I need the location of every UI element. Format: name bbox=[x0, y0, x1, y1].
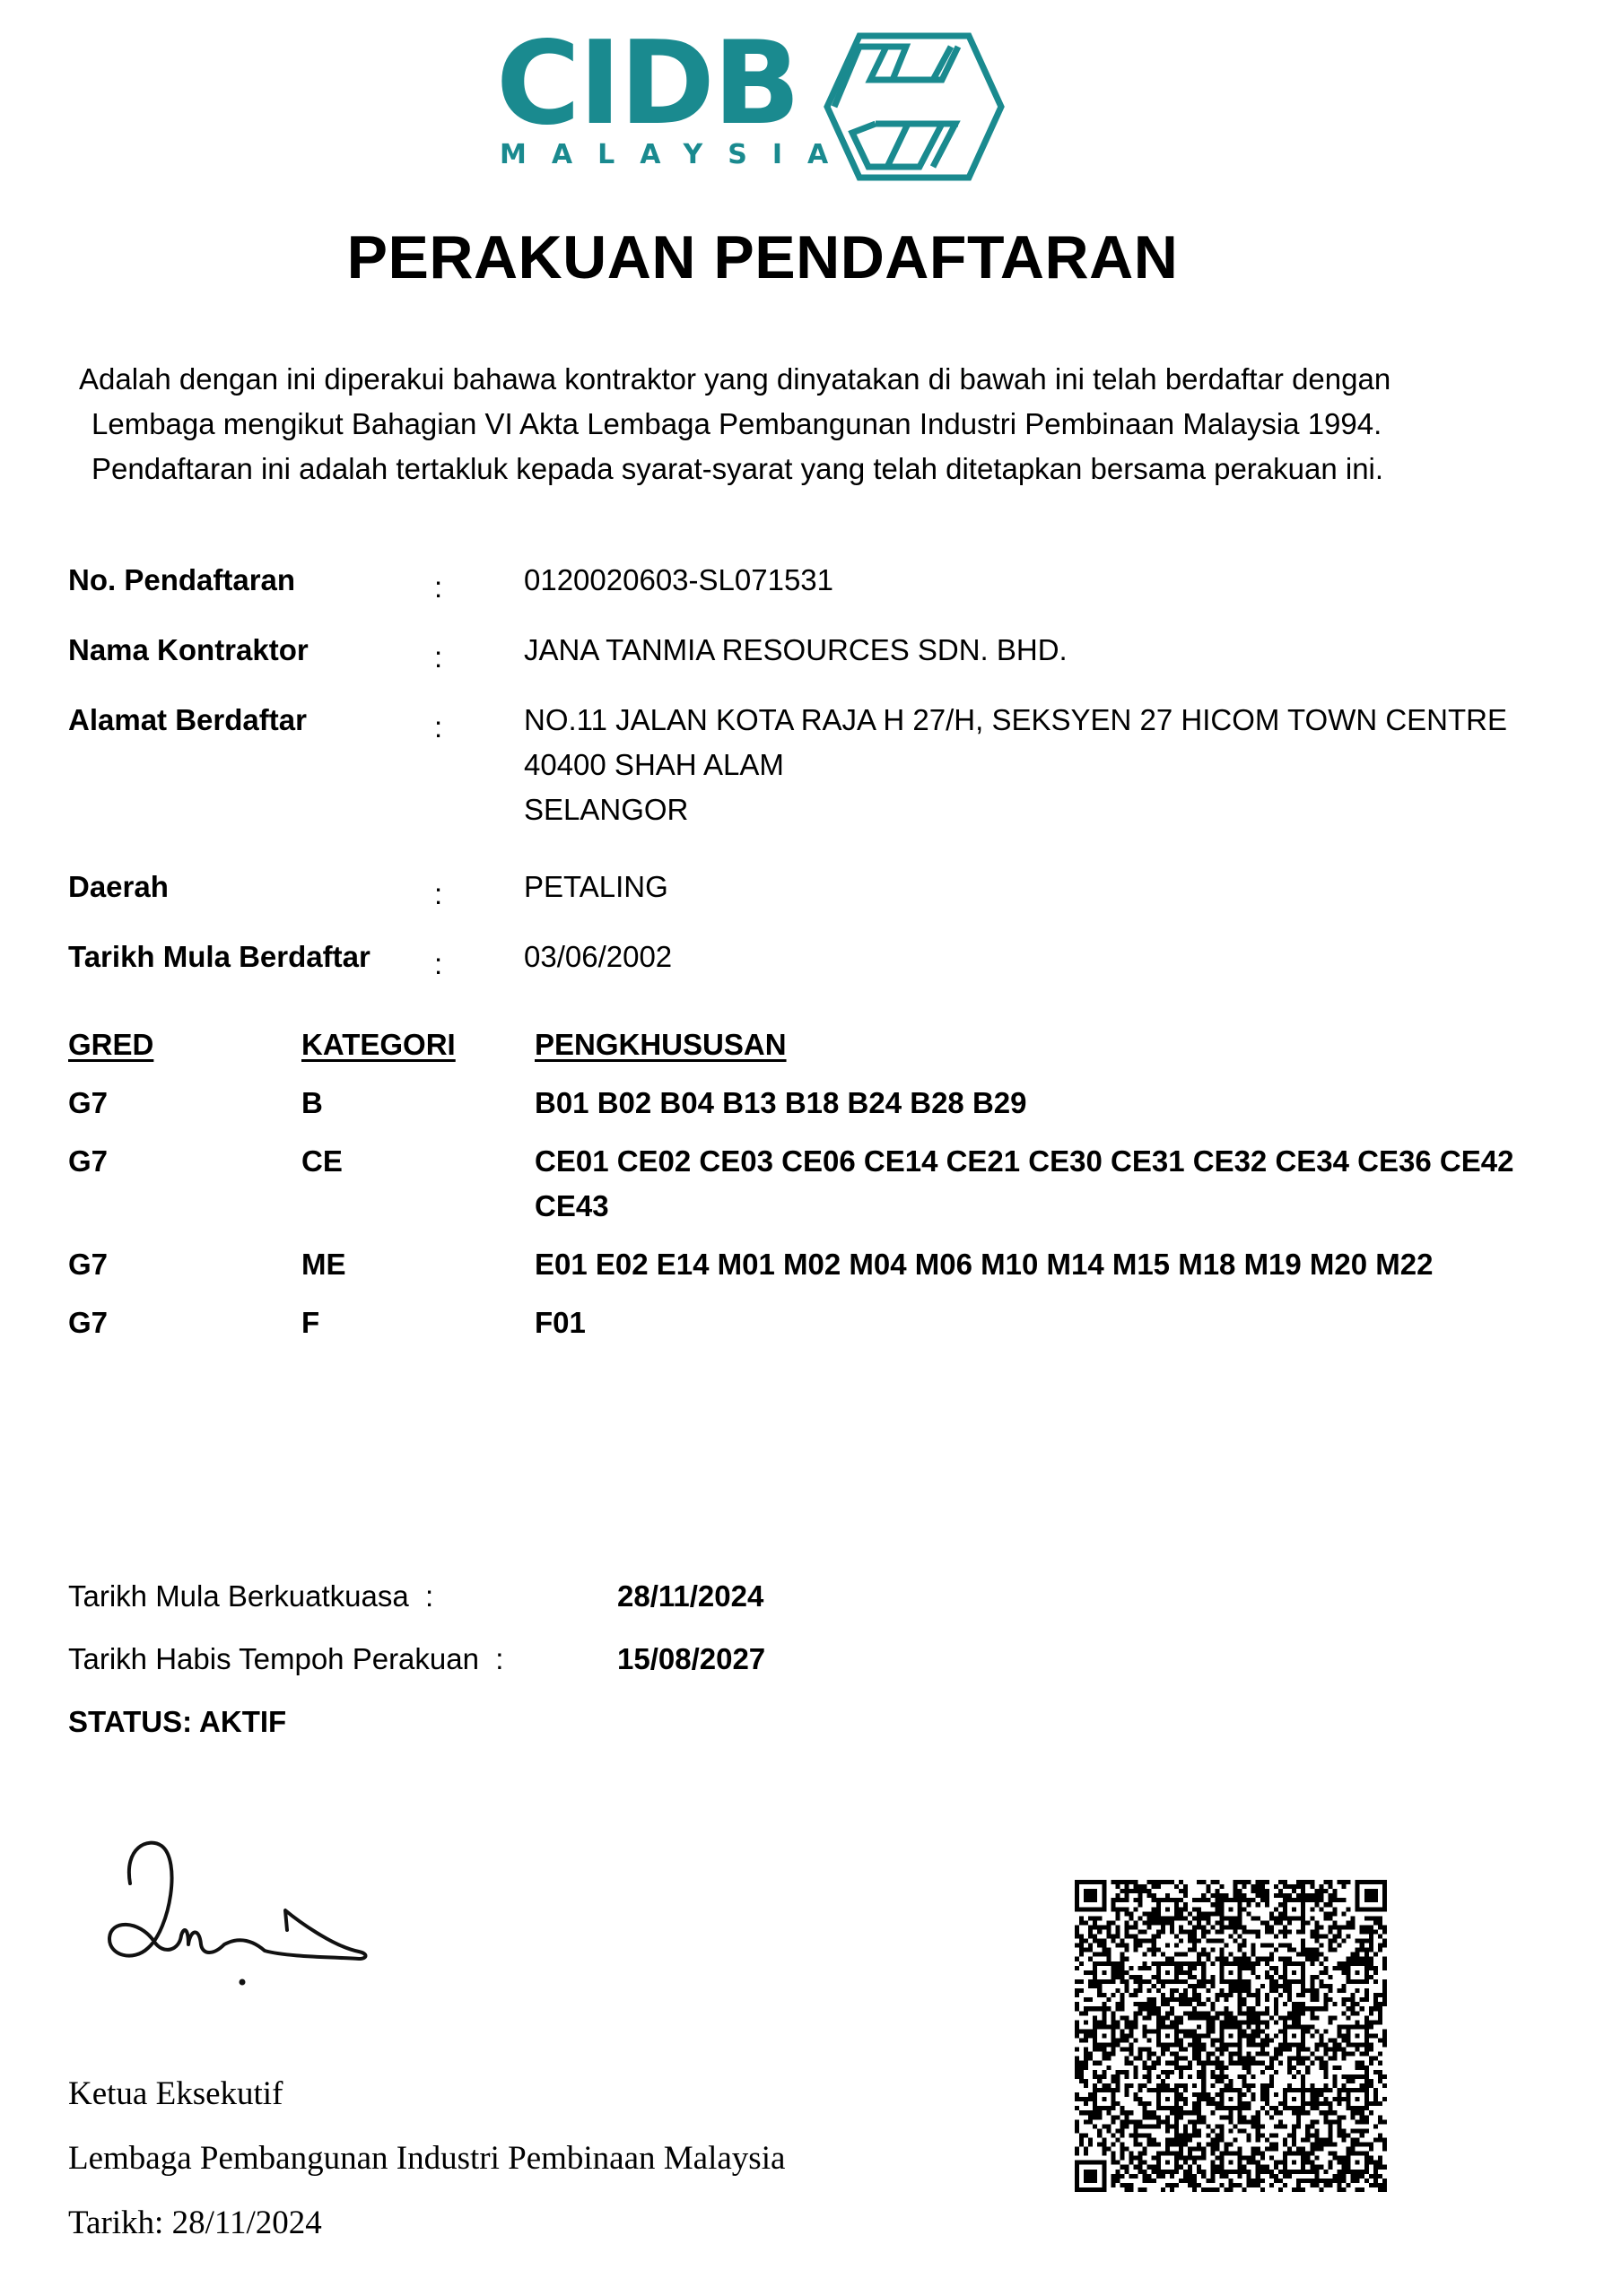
detail-row-district: Daerah : PETALING bbox=[68, 865, 1575, 917]
logo-subtitle: MALAYSIA bbox=[500, 142, 853, 169]
intro-line: Lembaga mengikut Bahagian VI Akta Lembag… bbox=[79, 402, 1514, 447]
grade-cell: G7 bbox=[68, 1081, 301, 1126]
intro-line: Pendaftaran ini adalah tertakluk kepada … bbox=[79, 447, 1514, 491]
expiry-date: 15/08/2027 bbox=[617, 1637, 765, 1700]
intro-paragraph: Adalah dengan ini diperakui bahawa kontr… bbox=[79, 357, 1514, 491]
signatory-position: Ketua Eksekutif bbox=[68, 2072, 785, 2136]
header-specialization: PENGKHUSUSAN bbox=[535, 1028, 787, 1061]
category-cell: F bbox=[301, 1300, 535, 1345]
grades-header-row: GRED KATEGORI PENGKHUSUSAN bbox=[68, 1022, 1575, 1067]
grade-cell: G7 bbox=[68, 1242, 301, 1287]
detail-label: Daerah bbox=[68, 865, 434, 917]
signature-icon bbox=[99, 1830, 386, 1991]
table-row: G7 ME E01 E02 E14 M01 M02 M04 M06 M10 M1… bbox=[68, 1242, 1575, 1287]
expiry-date-row: Tarikh Habis Tempoh Perakuan : 15/08/202… bbox=[68, 1637, 765, 1700]
effective-date-label: Tarikh Mula Berkuatkuasa : bbox=[68, 1574, 617, 1637]
detail-label: No. Pendaftaran bbox=[68, 558, 434, 610]
specialization-cell: B01 B02 B04 B13 B18 B24 B28 B29 bbox=[535, 1081, 1575, 1126]
detail-label: Nama Kontraktor bbox=[68, 628, 434, 680]
detail-separator: : bbox=[434, 935, 524, 987]
grade-cell: G7 bbox=[68, 1139, 301, 1229]
category-cell: B bbox=[301, 1081, 535, 1126]
detail-label: Tarikh Mula Berdaftar bbox=[68, 935, 434, 987]
address-line: NO.11 JALAN KOTA RAJA H 27/H, SEKSYEN 27… bbox=[524, 698, 1575, 743]
category-cell: ME bbox=[301, 1242, 535, 1287]
specialization-cell: F01 bbox=[535, 1300, 1575, 1345]
registered-address: NO.11 JALAN KOTA RAJA H 27/H, SEKSYEN 27… bbox=[524, 698, 1575, 832]
table-row: G7 CE CE01 CE02 CE03 CE06 CE14 CE21 CE30… bbox=[68, 1139, 1575, 1229]
intro-line: Adalah dengan ini diperakui bahawa kontr… bbox=[79, 357, 1514, 402]
address-line: 40400 SHAH ALAM bbox=[524, 743, 1575, 787]
grades-table: GRED KATEGORI PENGKHUSUSAN G7 B B01 B02 … bbox=[68, 1022, 1575, 1345]
detail-separator: : bbox=[434, 865, 524, 917]
detail-row-address: Alamat Berdaftar : NO.11 JALAN KOTA RAJA… bbox=[68, 698, 1575, 832]
specialization-line: CE43 bbox=[535, 1184, 1575, 1229]
specialization-cell: E01 E02 E14 M01 M02 M04 M06 M10 M14 M15 … bbox=[535, 1242, 1575, 1287]
qr-code-icon[interactable] bbox=[1075, 1880, 1387, 2192]
grade-cell: G7 bbox=[68, 1300, 301, 1345]
detail-label: Alamat Berdaftar bbox=[68, 698, 434, 832]
registration-number: 0120020603-SL071531 bbox=[524, 558, 1575, 610]
detail-separator: : bbox=[434, 698, 524, 832]
district: PETALING bbox=[524, 865, 1575, 917]
cidb-logo: CIDB MALAYSIA bbox=[489, 27, 1009, 184]
detail-separator: : bbox=[434, 628, 524, 680]
logo-wordmark: CIDB bbox=[496, 27, 798, 142]
detail-row-registration-date: Tarikh Mula Berdaftar : 03/06/2002 bbox=[68, 935, 1575, 987]
validity-section: Tarikh Mula Berkuatkuasa : 28/11/2024 Ta… bbox=[68, 1574, 765, 1744]
document-title: PERAKUAN PENDAFTARAN bbox=[0, 222, 1525, 292]
address-line: SELANGOR bbox=[524, 787, 1575, 832]
effective-date-row: Tarikh Mula Berkuatkuasa : 28/11/2024 bbox=[68, 1574, 765, 1637]
status-badge: STATUS: AKTIF bbox=[68, 1700, 765, 1744]
specialization-cell: CE01 CE02 CE03 CE06 CE14 CE21 CE30 CE31 … bbox=[535, 1139, 1575, 1229]
signature-date: Tarikh: 28/11/2024 bbox=[68, 2201, 785, 2266]
detail-separator: : bbox=[434, 558, 524, 610]
contractor-name: JANA TANMIA RESOURCES SDN. BHD. bbox=[524, 628, 1575, 680]
signatory-block: Ketua Eksekutif Lembaga Pembangunan Indu… bbox=[68, 2072, 785, 2266]
cidb-hexagon-icon bbox=[807, 30, 1005, 183]
category-cell: CE bbox=[301, 1139, 535, 1229]
detail-row-registration-no: No. Pendaftaran : 0120020603-SL071531 bbox=[68, 558, 1575, 610]
signatory-organization: Lembaga Pembangunan Industri Pembinaan M… bbox=[68, 2136, 785, 2201]
header-grade: GRED bbox=[68, 1028, 153, 1061]
header-category: KATEGORI bbox=[301, 1028, 456, 1061]
detail-row-contractor-name: Nama Kontraktor : JANA TANMIA RESOURCES … bbox=[68, 628, 1575, 680]
effective-date: 28/11/2024 bbox=[617, 1574, 763, 1637]
table-row: G7 B B01 B02 B04 B13 B18 B24 B28 B29 bbox=[68, 1081, 1575, 1126]
registration-details: No. Pendaftaran : 0120020603-SL071531 Na… bbox=[68, 558, 1575, 987]
table-row: G7 F F01 bbox=[68, 1300, 1575, 1345]
expiry-date-label: Tarikh Habis Tempoh Perakuan : bbox=[68, 1637, 617, 1700]
specialization-line: CE01 CE02 CE03 CE06 CE14 CE21 CE30 CE31 … bbox=[535, 1139, 1575, 1184]
registration-date: 03/06/2002 bbox=[524, 935, 1575, 987]
